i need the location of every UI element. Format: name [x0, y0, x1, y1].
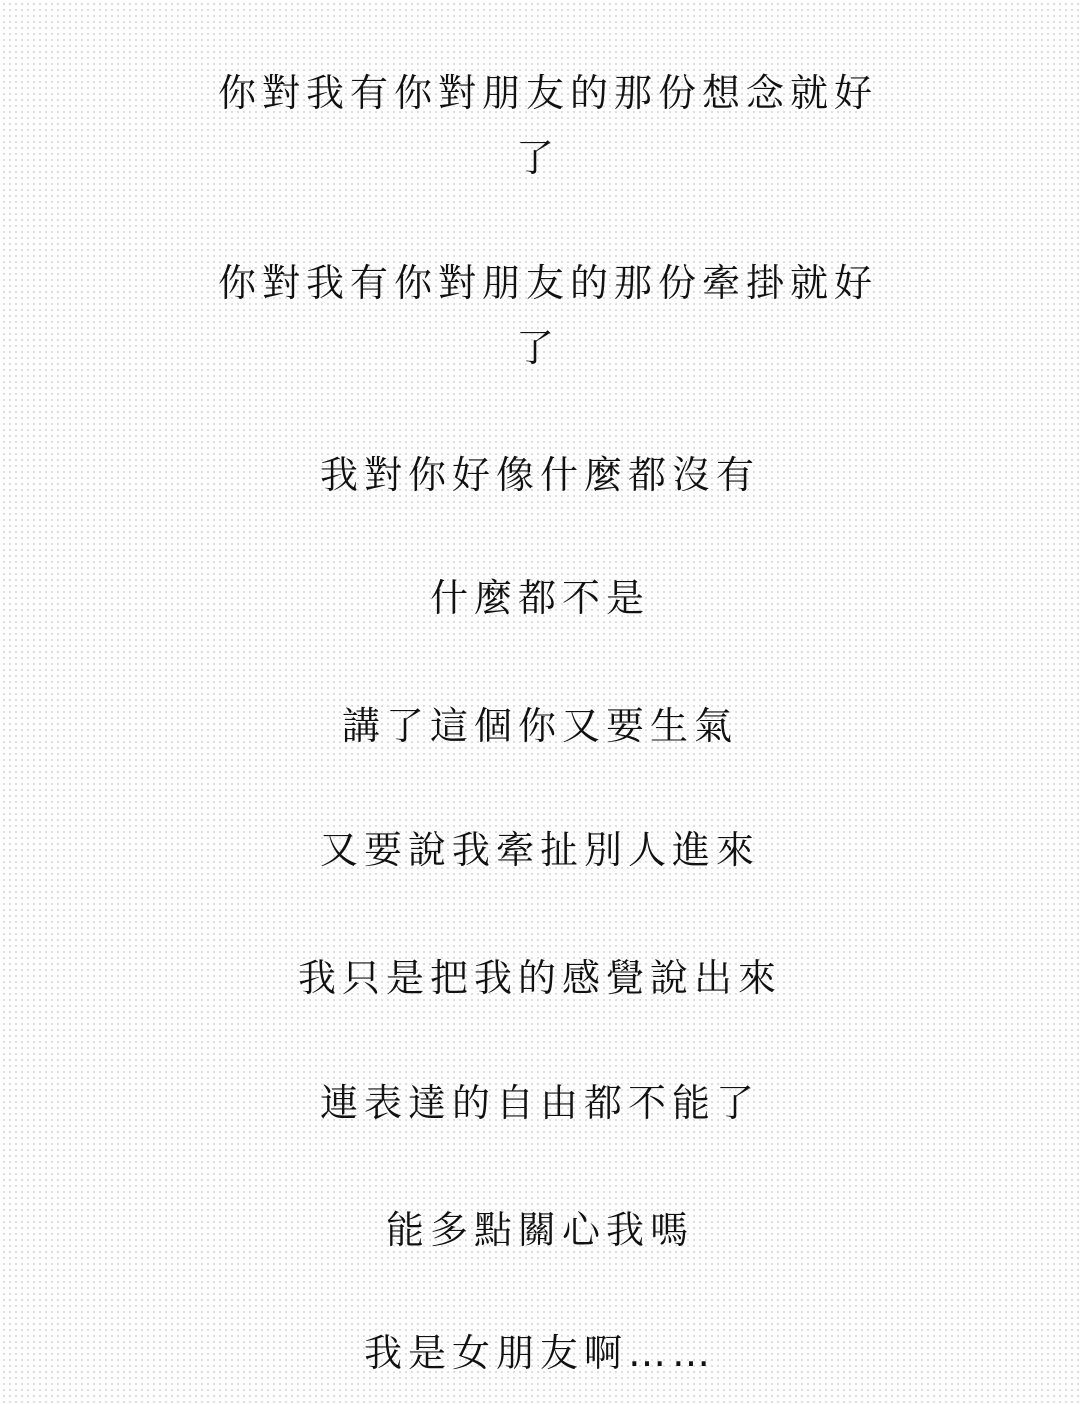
poem-line-10: 我是女朋友啊……	[0, 1331, 1080, 1375]
poem-line-5: 講了這個你又要生氣	[0, 704, 1080, 748]
poem-line-1-wrap: 了	[0, 136, 1080, 180]
poem-line-6: 又要說我牽扯別人進來	[0, 828, 1080, 872]
poem-text-block: 你對我有你對朋友的那份想念就好 了 你對我有你對朋友的那份牽掛就好 了 我對你好…	[0, 0, 1080, 1404]
poem-line-2-wrap: 了	[0, 326, 1080, 370]
poem-line-1: 你對我有你對朋友的那份想念就好	[8, 71, 1080, 115]
poem-line-9: 能多點關心我嗎	[0, 1208, 1080, 1252]
poem-line-3: 我對你好像什麼都沒有	[0, 453, 1080, 497]
poem-line-8: 連表達的自由都不能了	[0, 1081, 1080, 1125]
poem-line-4: 什麼都不是	[0, 576, 1080, 620]
poem-line-7: 我只是把我的感覺說出來	[0, 956, 1080, 1000]
poem-line-2: 你對我有你對朋友的那份牽掛就好	[8, 261, 1080, 305]
